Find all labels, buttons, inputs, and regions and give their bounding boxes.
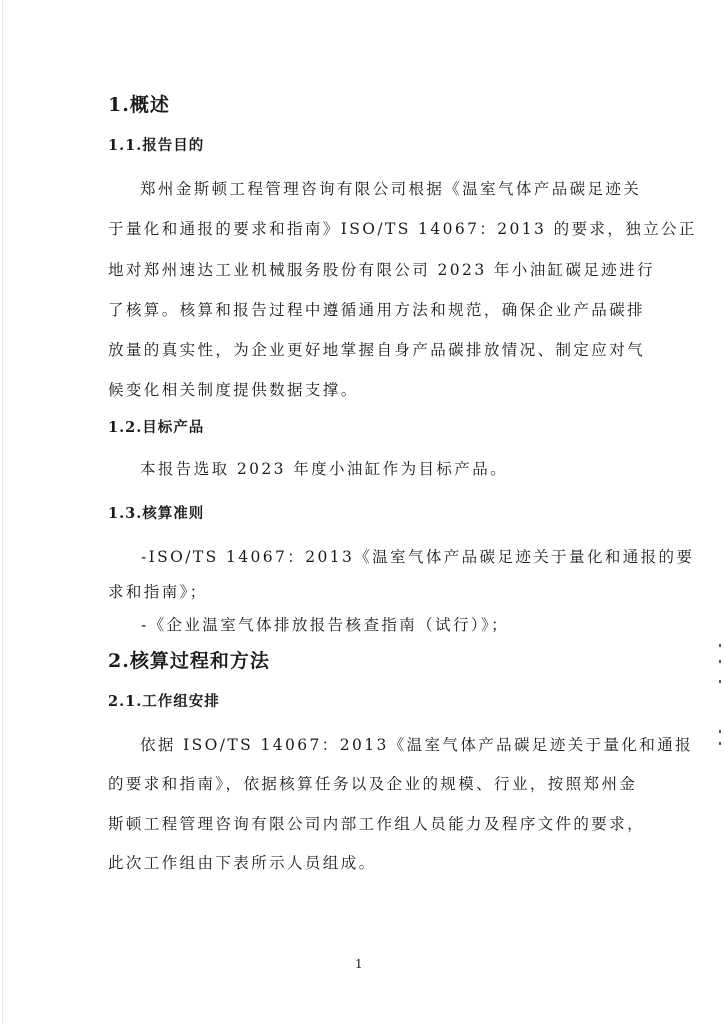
paragraph-line: 本报告选取 2023 年度小油缸作为目标产品。 bbox=[140, 457, 508, 479]
paragraph-line: 于量化和通报的要求和指南》ISO/TS 14067：2013 的要求，独立公正 bbox=[108, 217, 697, 239]
criteria-item-continued: 求和指南》； bbox=[108, 580, 208, 602]
paragraph-line: 放量的真实性，为企业更好地掌握自身产品碳排放情况、制定应对气 bbox=[108, 338, 645, 360]
scan-artifact bbox=[719, 730, 721, 733]
scan-edge bbox=[2, 0, 3, 1024]
criteria-item: -《企业温室气体排放报告核查指南（试行）》； bbox=[141, 613, 509, 635]
paragraph-line: 此次工作组由下表所示人员组成。 bbox=[108, 851, 377, 873]
heading-2-1: 2.1.工作组安排 bbox=[108, 690, 220, 711]
paragraph-line: 依据 ISO/TS 14067：2013《温室气体产品碳足迹关于量化和通报 bbox=[140, 733, 693, 755]
heading-2: 2.核算过程和方法 bbox=[108, 646, 270, 673]
heading-1-2: 1.2.目标产品 bbox=[108, 416, 204, 437]
scan-artifact bbox=[719, 680, 721, 683]
paragraph-line: 斯顿工程管理咨询有限公司内部工作组人员能力及程序文件的要求， bbox=[108, 812, 645, 834]
scan-artifact bbox=[719, 660, 721, 663]
paragraph-line: 的要求和指南》，依据核算任务以及企业的规模、行业，按照郑州金 bbox=[108, 772, 637, 794]
heading-1-3: 1.3.核算准则 bbox=[108, 502, 204, 523]
paragraph-line: 郑州金斯顿工程管理咨询有限公司根据《温室气体产品碳足迹关 bbox=[140, 177, 641, 199]
heading-1: 1.概述 bbox=[108, 90, 170, 117]
paragraph-line: 了核算。核算和报告过程中遵循通用方法和规范，确保企业产品碳排 bbox=[108, 298, 645, 320]
document-page: 1.概述 1.1.报告目的 郑州金斯顿工程管理咨询有限公司根据《温室气体产品碳足… bbox=[0, 0, 724, 1024]
criteria-item: -ISO/TS 14067：2013《温室气体产品碳足迹关于量化和通报的要 bbox=[141, 545, 694, 567]
scan-artifact bbox=[719, 644, 721, 647]
page-number: 1 bbox=[355, 957, 363, 971]
heading-1-1: 1.1.报告目的 bbox=[108, 134, 204, 155]
scan-artifact bbox=[719, 742, 721, 745]
paragraph-line: 候变化相关制度提供数据支撑。 bbox=[108, 378, 359, 400]
paragraph-line: 地对郑州速达工业机械服务股份有限公司 2023 年小油缸碳足迹进行 bbox=[108, 258, 655, 280]
